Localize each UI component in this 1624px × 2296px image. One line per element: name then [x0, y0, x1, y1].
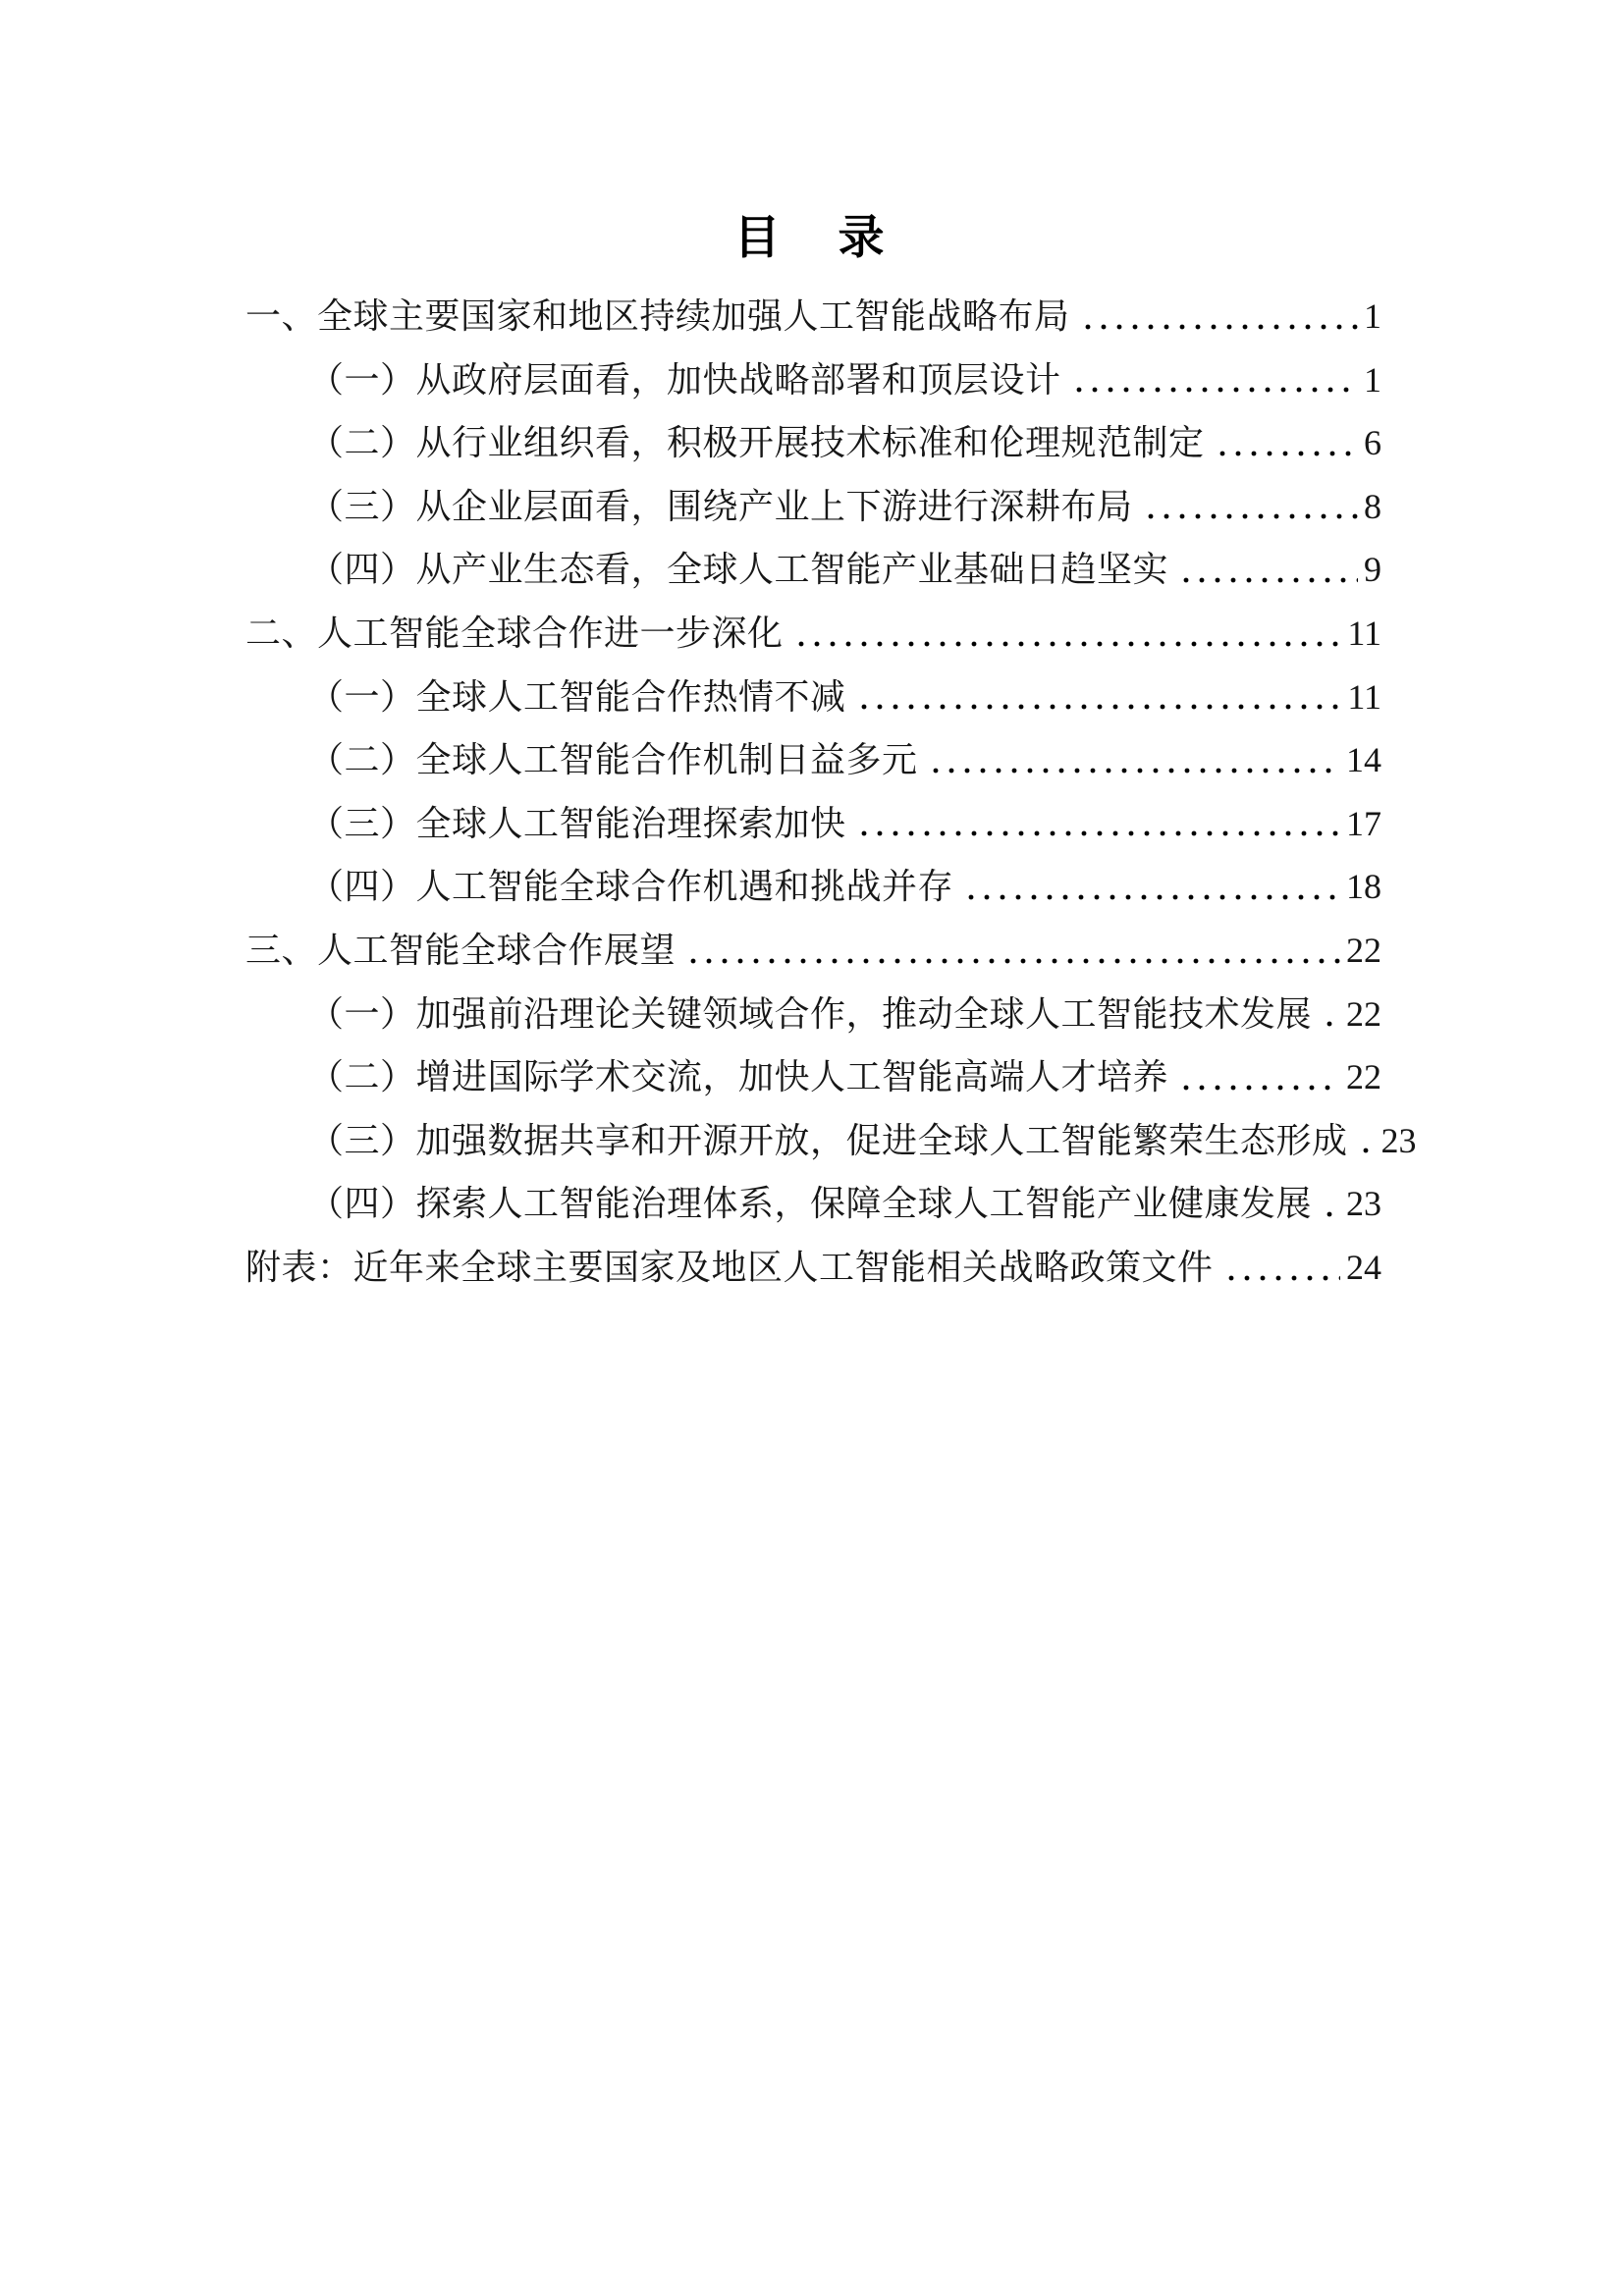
toc-entry-label: （二）增进国际学术交流，加快人工智能高端人才培养 [308, 1045, 1168, 1109]
toc-entry: 附表：近年来全球主要国家及地区人工智能相关战略政策文件 24 [245, 1236, 1381, 1300]
toc-entry-page-number: 22 [1346, 919, 1381, 983]
toc-entry: 三、人工智能全球合作展望 22 [245, 919, 1381, 983]
dot-leader [1071, 386, 1358, 394]
toc-entry: 一、全球主要国家和地区持续加强人工智能战略布局 1 [245, 285, 1381, 348]
toc-entry-label: （三）全球人工智能治理探索加快 [308, 792, 846, 856]
toc-entry-label: （四）人工智能全球合作机遇和挑战并存 [308, 855, 953, 919]
toc-entry-page-number: 22 [1346, 983, 1381, 1046]
toc-entry: （二）从行业组织看，积极开展技术标准和伦理规范制定 6 [245, 411, 1381, 475]
document-page: 目 录 一、全球主要国家和地区持续加强人工智能战略布局 1 （一）从政府层面看，… [0, 0, 1624, 2296]
toc-entry-label: （四）从产业生态看，全球人工智能产业基础日趋坚实 [308, 538, 1168, 602]
toc-entry-label: （四）探索人工智能治理体系，保障全球人工智能产业健康发展 [308, 1172, 1312, 1236]
toc-entry: （四）从产业生态看，全球人工智能产业基础日趋坚实 9 [245, 538, 1381, 602]
toc-entry-label: 二、人工智能全球合作进一步深化 [245, 602, 784, 666]
page-title: 目 录 [0, 203, 1624, 272]
dot-leader [856, 829, 1340, 837]
dot-leader [1358, 1147, 1376, 1154]
dot-leader [793, 640, 1342, 648]
dot-leader [1178, 1084, 1340, 1092]
toc-entry-page-number: 23 [1346, 1172, 1381, 1236]
toc-entry: （一）从政府层面看，加快战略部署和顶层设计 1 [245, 348, 1381, 412]
dot-leader [1080, 323, 1358, 331]
toc-entry-page-number: 24 [1346, 1236, 1381, 1300]
toc-entry-page-number: 1 [1364, 285, 1381, 348]
toc-entry: （一）加强前沿理论关键领域合作，推动全球人工智能技术发展 22 [245, 983, 1381, 1046]
toc-entry-page-number: 18 [1346, 855, 1381, 919]
toc-entry-page-number: 11 [1347, 602, 1381, 666]
toc-entry-label: （二）全球人工智能合作机制日益多元 [308, 728, 918, 792]
toc-entry-page-number: 1 [1364, 348, 1381, 412]
dot-leader [1143, 512, 1358, 520]
toc-entry-page-number: 6 [1364, 411, 1381, 475]
dot-leader [856, 703, 1342, 711]
toc-entry: （四）探索人工智能治理体系，保障全球人工智能产业健康发展 23 [245, 1172, 1381, 1236]
toc-entry: （四）人工智能全球合作机遇和挑战并存 18 [245, 855, 1381, 919]
toc-entry-label: 附表：近年来全球主要国家及地区人工智能相关战略政策文件 [245, 1236, 1214, 1300]
toc-entry-label: （一）加强前沿理论关键领域合作，推动全球人工智能技术发展 [308, 983, 1312, 1046]
dot-leader [1215, 450, 1358, 457]
dot-leader [928, 767, 1340, 774]
table-of-contents: 一、全球主要国家和地区持续加强人工智能战略布局 1 （一）从政府层面看，加快战略… [245, 285, 1381, 1300]
toc-entry: （二）全球人工智能合作机制日益多元 14 [245, 728, 1381, 792]
toc-entry: （一）全球人工智能合作热情不减 11 [245, 666, 1381, 729]
toc-entry: （三）全球人工智能治理探索加快 17 [245, 792, 1381, 856]
toc-entry: （三）加强数据共享和开源开放，促进全球人工智能繁荣生态形成 23 [245, 1109, 1381, 1173]
toc-entry-label: 三、人工智能全球合作展望 [245, 919, 676, 983]
dot-leader [1322, 1020, 1340, 1028]
toc-entry-page-number: 22 [1346, 1045, 1381, 1109]
toc-entry-page-number: 17 [1346, 792, 1381, 856]
toc-entry-label: （一）从政府层面看，加快战略部署和顶层设计 [308, 348, 1061, 412]
toc-entry-page-number: 11 [1347, 666, 1381, 729]
toc-entry-page-number: 14 [1346, 728, 1381, 792]
toc-entry-label: （二）从行业组织看，积极开展技术标准和伦理规范制定 [308, 411, 1205, 475]
toc-entry-page-number: 9 [1364, 538, 1381, 602]
dot-leader [963, 893, 1340, 901]
dot-leader [1322, 1210, 1340, 1218]
toc-entry: （二）增进国际学术交流，加快人工智能高端人才培养 22 [245, 1045, 1381, 1109]
dot-leader [685, 957, 1340, 965]
dot-leader [1178, 576, 1358, 584]
toc-entry-label: （一）全球人工智能合作热情不减 [308, 666, 846, 729]
toc-entry-page-number: 23 [1381, 1109, 1417, 1173]
toc-entry-label: （三）加强数据共享和开源开放，促进全球人工智能繁荣生态形成 [308, 1109, 1348, 1173]
toc-entry-label: （三）从企业层面看，围绕产业上下游进行深耕布局 [308, 475, 1133, 539]
toc-entry: （三）从企业层面看，围绕产业上下游进行深耕布局 8 [245, 475, 1381, 539]
toc-entry-label: 一、全球主要国家和地区持续加强人工智能战略布局 [245, 285, 1070, 348]
toc-entry: 二、人工智能全球合作进一步深化 11 [245, 602, 1381, 666]
toc-entry-page-number: 8 [1364, 475, 1381, 539]
dot-leader [1223, 1274, 1340, 1282]
